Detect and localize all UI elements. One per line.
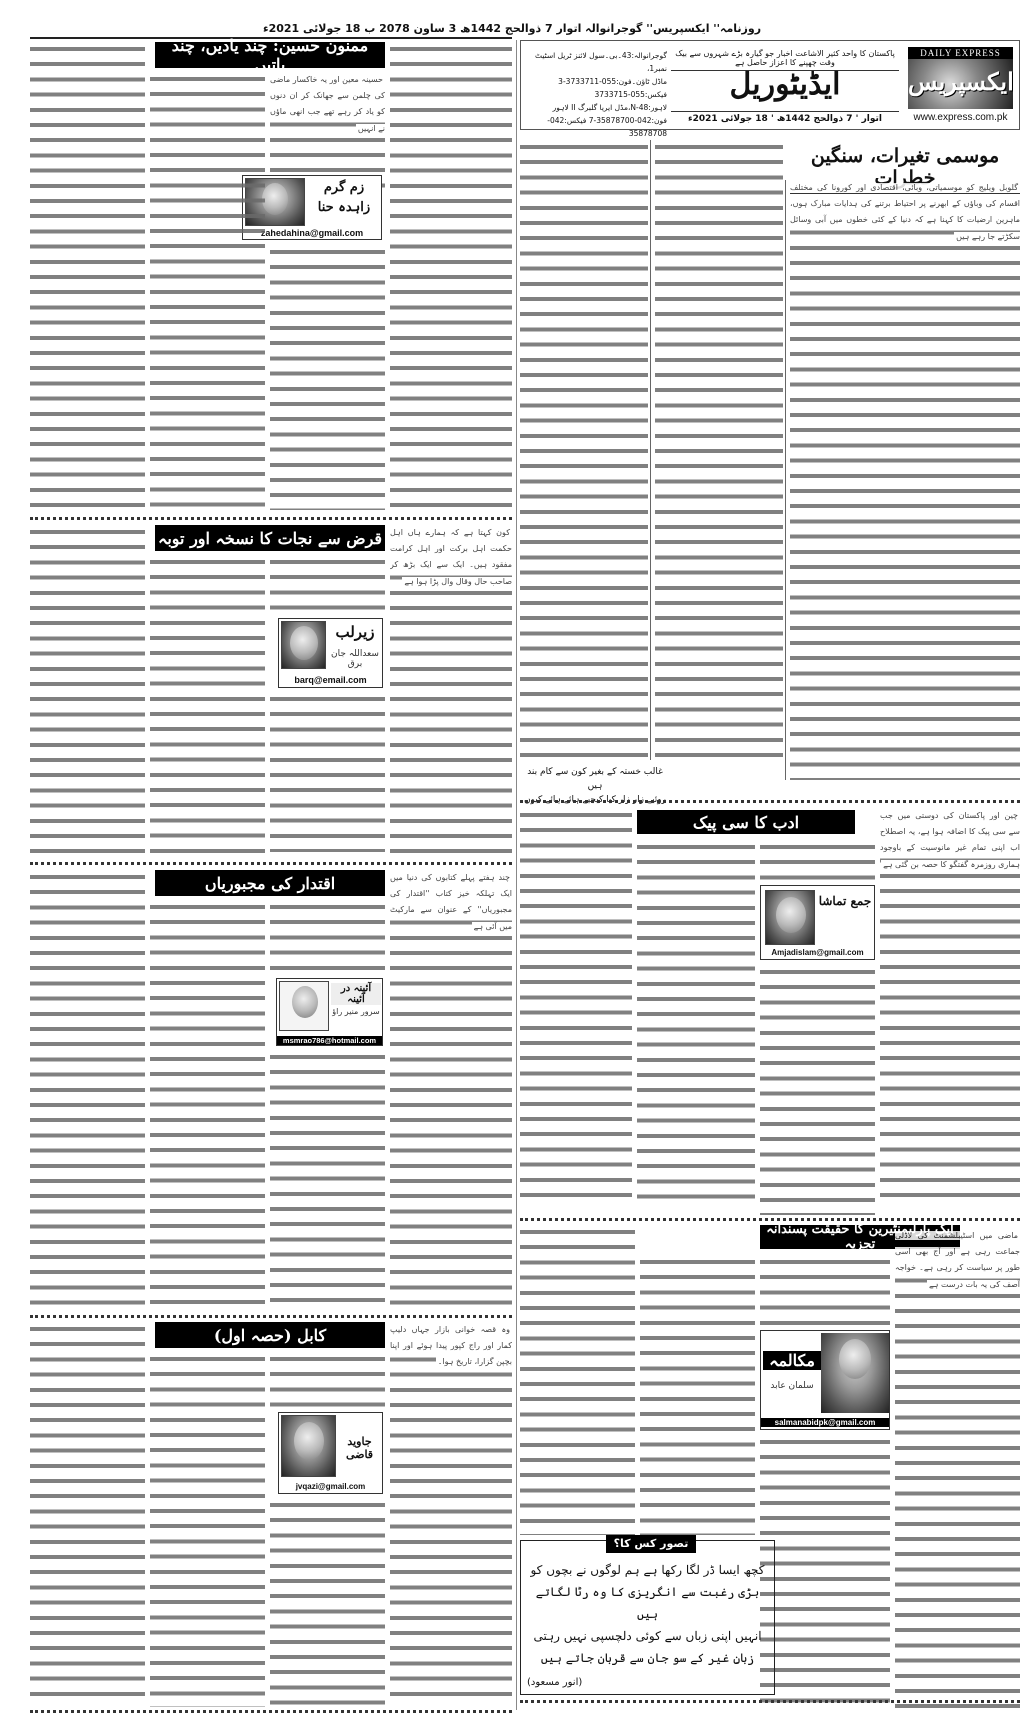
adab-body-col-2 (760, 840, 875, 880)
columnist-photo (281, 1415, 336, 1477)
column-title-adab: ادب کا سی پیک (637, 810, 855, 834)
columnist-email[interactable]: salmanabidpk@gmail.com (761, 1418, 889, 1427)
parliament-body-col-4 (640, 1255, 755, 1535)
face (290, 626, 318, 660)
columnist-photo (279, 981, 329, 1031)
face (294, 1422, 324, 1460)
poem-line: انہیں اپنی زباں سے کوئی دلچسپی نہیں رہتی (529, 1625, 766, 1647)
kabul-body-col-3 (270, 1498, 385, 1708)
kabul-body-col-1: وہ قصہ خوانی بازار جہاں دلیپ کمار اور را… (390, 1322, 512, 1707)
section-separator (30, 862, 512, 865)
column-title-mamnoon: ممنون حسین: چند یادیں، چند باتیں (155, 42, 385, 68)
columnist-photo (821, 1333, 889, 1413)
adab-body-col-1: چین اور پاکستان کی دوستی میں جب سے سی پی… (880, 808, 1020, 1208)
columnist-box-qarz: زیرلب سعداللہ جان برق barq@email.com (278, 618, 383, 688)
column-label: زم گرم (309, 180, 379, 195)
columnist-box-kabul: جاوید قاضی jvqazi@gmail.com (278, 1412, 383, 1494)
column-title-iqtidar: اقتدار کی مجبوریاں (155, 870, 385, 896)
columnist-box-iqtidar: آئینہ در آئینہ سرور منیر راؤ msmrao786@h… (276, 978, 383, 1046)
qarz-body-col-5 (30, 525, 145, 855)
column-title-qarz: قرض سے نجات کا نسخہ اور توبہ (155, 525, 385, 551)
parliament-body-col-2 (760, 1255, 890, 1325)
columnist-name: سرور منیر راؤ (331, 1007, 381, 1016)
columnist-name: جاوید قاضی (337, 1435, 382, 1461)
qarz-body-col-2 (270, 555, 385, 615)
parliament-body-col-1: ماضی میں اسٹیبلشمنٹ کی لاڈلی جماعت رہی ہ… (895, 1228, 1020, 1708)
section-separator (30, 1315, 512, 1318)
address-line: گوجرانوالہ:43۔بی۔سول لائنز ٹریل اسٹیٹ نم… (527, 49, 667, 75)
editorial-body-col-3 (520, 140, 648, 760)
poem-lines: کچھ ایسا ڈر لگا رکھا ہے ہم لوگوں نے بچوں… (529, 1559, 766, 1669)
mamnoon-body-col-2: حسینہ معین اور یہ خاکسار ماضی کی چلمن سے… (270, 72, 385, 192)
columnist-email[interactable]: barq@email.com (279, 675, 382, 685)
address-line: فیکس:055-3733715 (527, 88, 667, 101)
express-logo[interactable]: DAILY EXPRESS ایکسپریس www.express.com.p… (908, 47, 1013, 125)
dateline: روزنامہ'' ایکسپریس'' گوجرانوالہ اتوار 7 … (0, 22, 1024, 35)
mamnoon-body-col-5 (30, 42, 145, 512)
poem-line: بڑی رغبت سے انگریزی کا وہ رٹا لگاتے ہیں (529, 1581, 766, 1625)
office-addresses: گوجرانوالہ:43۔بی۔سول لائنز ٹریل اسٹیٹ نم… (527, 49, 667, 140)
mamnoon-snippet: حسینہ معین اور یہ خاکسار ماضی کی چلمن سے… (270, 75, 385, 133)
mamnoon-body-col-3 (270, 245, 385, 510)
section-separator (520, 800, 1020, 803)
address-line: فون:042-35878700-7 فیکس:042-35878708 (527, 114, 667, 140)
qarz-body-col-4 (150, 555, 265, 855)
column-divider (785, 180, 786, 780)
face (292, 986, 318, 1018)
iqtidar-body-col-1: چند ہفتے پہلے کتابوں کی دنیا میں ایک تہل… (390, 870, 512, 1310)
poem-title: تصور کس کا؟ (606, 1535, 696, 1553)
website-link[interactable]: www.express.com.pk (908, 112, 1013, 123)
face (839, 1339, 871, 1379)
columnist-box-adab: جمع تماشا Amjadislam@gmail.com (760, 885, 875, 960)
editorial-body-col-2 (655, 140, 783, 760)
logo-english: DAILY EXPRESS (908, 47, 1013, 59)
poem-author: (انور مسعود) (527, 1677, 582, 1688)
qarz-body-col-1: کون کہتا ہے کہ ہمارے ہاں اہل حکمت اہل بر… (390, 525, 512, 855)
editorial-lead: گلوبل ویلیج کو موسمیاتی، وبائی، اقتصادی … (790, 183, 1020, 241)
poem-box: تصور کس کا؟ کچھ ایسا ڈر لگا رکھا ہے ہم ل… (520, 1540, 775, 1695)
mamnoon-body-col-1 (390, 42, 512, 512)
column-label: زیرلب (329, 623, 381, 641)
iqtidar-body-col-5 (30, 870, 145, 1310)
iqtidar-body-col-2 (270, 900, 385, 975)
parliament-body-col-5 (520, 1225, 635, 1535)
couplet-line: غالب خستہ کے بغیر کون سے کام بند ہیں (520, 765, 670, 793)
mamnoon-body-col-4 (150, 72, 265, 512)
columnist-photo (765, 890, 815, 945)
adab-snippet: چین اور پاکستان کی دوستی میں جب سے سی پی… (880, 811, 1020, 869)
masthead-date: اتوار ' 7 ذوالحج 1442ھ ' 18 جولائی 2021ء (671, 111, 899, 124)
column-divider (650, 140, 651, 760)
qarz-body-col-3 (270, 692, 385, 852)
adab-body-col-4 (637, 840, 755, 1210)
iqtidar-snippet: چند ہفتے پہلے کتابوں کی دنیا میں ایک تہل… (390, 873, 512, 931)
section-separator (30, 1710, 512, 1713)
poem-line: زبانِ غیر کے سو جان سے قربان جاتے ہیں (529, 1647, 766, 1669)
half-page-divider (516, 40, 517, 1710)
columnist-name: زاہدہ حنا (309, 200, 379, 215)
columnist-box-parliament: مکالمہ سلمان عابد salmanabidpk@gmail.com (760, 1330, 890, 1430)
parliament-body-col-3 (760, 1435, 890, 1705)
columnist-name: سلمان عابد (763, 1381, 821, 1391)
kabul-body-col-4 (150, 1352, 265, 1707)
qarz-snippet: کون کہتا ہے کہ ہمارے ہاں اہل حکمت اہل بر… (390, 528, 512, 586)
section-separator (30, 517, 512, 520)
kabul-body-col-2 (270, 1352, 385, 1412)
poem-line: کچھ ایسا ڈر لگا رکھا ہے ہم لوگوں نے بچوں… (529, 1559, 766, 1581)
face (262, 183, 288, 215)
face (776, 897, 806, 933)
address-line: ماڈل ٹاؤن۔فون:055-3733711-3 (527, 75, 667, 88)
columnist-email[interactable]: jvqazi@gmail.com (279, 1482, 382, 1491)
columnist-email[interactable]: Amjadislam@gmail.com (761, 948, 874, 957)
columnist-photo (281, 621, 326, 669)
iqtidar-body-col-4 (150, 900, 265, 1310)
section-separator (520, 1218, 1020, 1221)
adab-body-col-3 (760, 965, 875, 1215)
adab-body-col-5 (520, 808, 632, 1208)
column-title-kabul: کابل (حصہ اول) (155, 1322, 385, 1348)
editorial-body-col-1: گلوبل ویلیج کو موسمیاتی، وبائی، اقتصادی … (790, 180, 1020, 780)
columnist-email[interactable]: msmrao786@hotmail.com (277, 1036, 382, 1045)
logo-urdu: ایکسپریس (908, 67, 1013, 96)
column-label: جمع تماشا (817, 894, 873, 908)
section-separator (520, 1700, 1020, 1703)
column-label: مکالمہ (763, 1351, 821, 1370)
page-title: ایڈیٹوریل (671, 67, 899, 102)
parliament-snippet: ماضی میں اسٹیبلشمنٹ کی لاڈلی جماعت رہی ہ… (895, 1231, 1020, 1289)
kabul-body-col-5 (30, 1322, 145, 1707)
columnist-name: سعداللہ جان برق (329, 649, 381, 669)
kabul-snippet: وہ قصہ خوانی بازار جہاں دلیپ کمار اور را… (390, 1325, 512, 1366)
iqtidar-body-col-3 (270, 1050, 385, 1310)
masthead: DAILY EXPRESS ایکسپریس www.express.com.p… (520, 40, 1020, 130)
address-line: لاہور:N-48،مڈل ایریا گلبرگ II لاہور (527, 101, 667, 114)
globe-logo-icon: ایکسپریس (908, 59, 1013, 109)
column-label: آئینہ در آئینہ (331, 983, 381, 1005)
